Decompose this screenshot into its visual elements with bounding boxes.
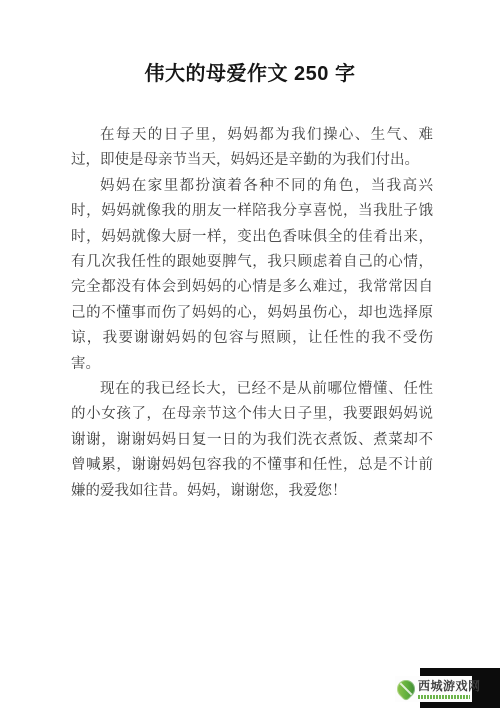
green-leaf-logo-icon <box>393 676 418 701</box>
watermark-tagline <box>418 695 470 699</box>
essay-paragraph: 现在的我已经长大，已经不是从前哪位懵懂、任性的小女孩了，在母亲节这个伟大日子里，… <box>71 377 433 504</box>
page-title: 伟大的母爱作文 250 字 <box>0 57 500 86</box>
article-page: 伟大的母爱作文 250 字 在每天的日子里，妈妈都为我们操心、生气、难过，即使是… <box>0 0 500 708</box>
watermark-site-name: 西城游戏网 <box>418 680 481 693</box>
site-watermark: 西城游戏网 <box>395 676 472 702</box>
essay-paragraph: 在每天的日子里，妈妈都为我们操心、生气、难过，即使是母亲节当天，妈妈还是辛勤的为… <box>71 123 433 174</box>
essay-paragraph: 妈妈在家里都扮演着各种不同的角色，当我高兴时，妈妈就像我的朋友一样陪我分享喜悦，… <box>71 174 433 377</box>
watermark-text-column: 西城游戏网 <box>418 680 481 699</box>
essay-body: 在每天的日子里，妈妈都为我们操心、生气、难过，即使是母亲节当天，妈妈还是辛勤的为… <box>71 123 433 504</box>
